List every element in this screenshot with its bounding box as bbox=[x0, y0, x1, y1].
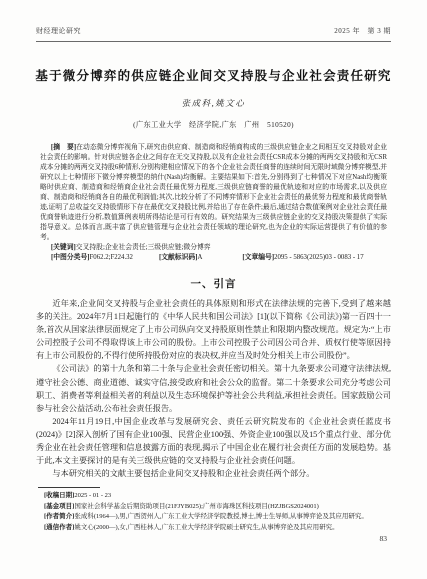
body-paragraph: 《公司法》的第十九条和第二十条与企业社会责任密切相关。第十九条要求公司遵守法律法… bbox=[36, 362, 391, 414]
page-number: 83 bbox=[380, 534, 388, 543]
article-id-value: 2095 - 5863(2025)03 - 0083 - 17 bbox=[274, 254, 363, 261]
body-paragraph: 与本研究相关的文献主要包括企业间交叉持股和企业社会责任两个部分。 bbox=[36, 467, 391, 480]
article-id-label: [文章编号] bbox=[242, 254, 274, 261]
author-names: 张成科,姚文心 bbox=[0, 97, 427, 109]
abstract-label: [摘 要] bbox=[51, 144, 76, 151]
clc-label: [中图分类号] bbox=[51, 254, 90, 261]
footnote-label: [基金项目] bbox=[44, 503, 74, 510]
doc-code-pair: [文献标识码]A bbox=[159, 253, 202, 263]
body-paragraph: 近年来,企业间交叉持股与企业社会责任的具体原则和形式在法律法规的完善下,受到了越… bbox=[36, 297, 391, 362]
doc-code-label: [文献标识码] bbox=[159, 254, 198, 261]
body-paragraph: 2024年11月19日,中国企业改革与发展研究会、责任云研究院发布的《企业社会责… bbox=[36, 415, 391, 467]
clc-value: F062.2;F224.32 bbox=[90, 254, 133, 261]
footnote-separator-rule bbox=[38, 487, 100, 488]
footnote-text: 姚文心(2000—),女,广西桂林人,广东工业大学经济学院硕士研究生,从事博弈论… bbox=[74, 524, 338, 531]
footnotes-block: [收稿日期]2025 - 01 - 23 [基金项目]国家社会科学基金后期资助项… bbox=[44, 491, 393, 533]
doc-code-value: A bbox=[197, 254, 202, 261]
keywords-line: [关键词]交叉持股;企业社会责任;三级供应链;微分博弈 bbox=[40, 243, 387, 253]
footnote-author-bio: [作者简介]张成科(1964—),男,广西贺州人,广东工业大学经济学院教授,博士… bbox=[44, 512, 393, 522]
issue-info: 2025 年 第 3 期 bbox=[334, 26, 391, 36]
journal-name: 财经理论研究 bbox=[36, 26, 81, 36]
article-title: 基于微分博弈的供应链企业间交叉持股与企业社会责任研究 bbox=[30, 66, 397, 84]
classification-line: [中图分类号]F062.2;F224.32 [文献标识码]A [文章编号]209… bbox=[40, 253, 387, 263]
section-heading-introduction: 一、引言 bbox=[0, 276, 427, 291]
footnote-text: 2025 - 01 - 23 bbox=[74, 492, 111, 499]
footnote-label: [通信作者] bbox=[44, 524, 74, 531]
clc-pair: [中图分类号]F062.2;F224.32 bbox=[51, 253, 133, 263]
footnote-text: 国家社会科学基金后期资助项目(21FJYB025);广州市海珠区科技项目(HZJ… bbox=[74, 503, 318, 510]
footnote-text: 张成科(1964—),男,广西贺州人,广东工业大学经济学院教授,博士,博士生导师… bbox=[74, 513, 368, 520]
footnote-funding: [基金项目]国家社会科学基金后期资助项目(21FJYB025);广州市海珠区科技… bbox=[44, 502, 393, 512]
running-head: 财经理论研究 2025 年 第 3 期 bbox=[36, 0, 391, 42]
footnote-corresponding-author: [通信作者]姚文心(2000—),女,广西桂林人,广东工业大学经济学院硕士研究生… bbox=[44, 523, 393, 533]
keywords-text: 交叉持股;企业社会责任;三级供应链;微分博弈 bbox=[76, 244, 211, 251]
footnote-received-date: [收稿日期]2025 - 01 - 23 bbox=[44, 491, 393, 501]
journal-page: 财经理论研究 2025 年 第 3 期 基于微分博弈的供应链企业间交叉持股与企业… bbox=[0, 0, 427, 579]
keywords-label: [关键词] bbox=[51, 244, 76, 251]
author-affiliation: (广东工业大学 经济学院,广东 广州 510520) bbox=[0, 120, 427, 130]
body-text: 近年来,企业间交叉持股与企业社会责任的具体原则和形式在法律法规的完善下,受到了越… bbox=[36, 297, 391, 480]
abstract-text: 在动态微分博弈视角下,研究由供应商、制造商和经销商构成的三级供应链企业之间相互交… bbox=[40, 144, 387, 241]
abstract-paragraph: [摘 要]在动态微分博弈视角下,研究由供应商、制造商和经销商构成的三级供应链企业… bbox=[40, 143, 387, 243]
article-id-pair: [文章编号]2095 - 5863(2025)03 - 0083 - 17 bbox=[242, 253, 363, 263]
footnote-label: [作者简介] bbox=[44, 513, 74, 520]
footnote-label: [收稿日期] bbox=[44, 492, 74, 499]
